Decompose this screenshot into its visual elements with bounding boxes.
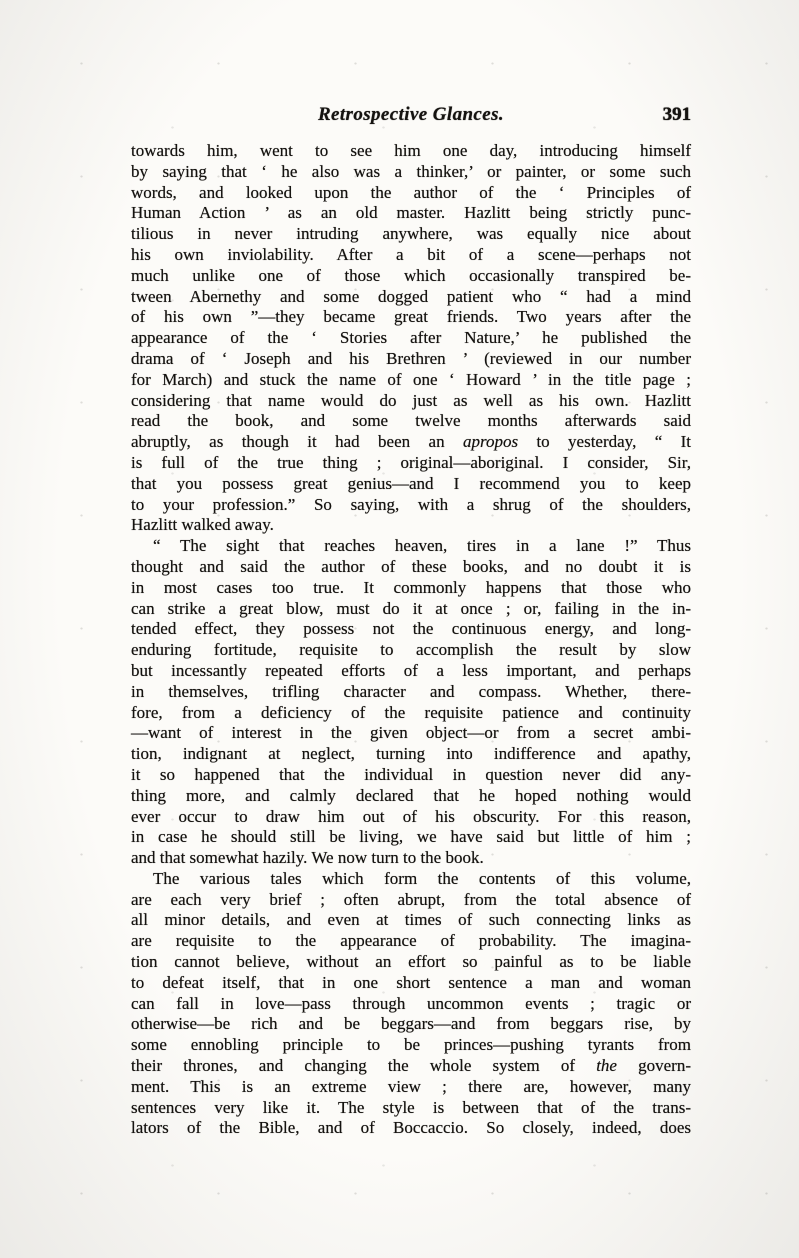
text-line: all minor details, and even at times of … xyxy=(131,910,691,931)
text-line: some ennobling principle to be princes—p… xyxy=(131,1035,691,1056)
text-line: that you possess great genius—and I reco… xyxy=(131,474,691,495)
text-line: to defeat itself, that in one short sent… xyxy=(131,973,691,994)
text-line: considering that name would do just as w… xyxy=(131,391,691,412)
text-line: lators of the Bible, and of Boccaccio. S… xyxy=(131,1118,691,1139)
text-line: thing more, and calmly declared that he … xyxy=(131,786,691,807)
text-line: of his own ”—they became great friends. … xyxy=(131,307,691,328)
text-line: drama of ‘ Joseph and his Brethren ’ (re… xyxy=(131,349,691,370)
paragraph: towards him, went to see him one day, in… xyxy=(131,141,691,536)
text-line: in case he should still be living, we ha… xyxy=(131,827,691,848)
text-line: and that somewhat hazily. We now turn to… xyxy=(131,848,691,869)
paragraph: “ The sight that reaches heaven, tires i… xyxy=(131,536,691,869)
text-line: The various tales which form the content… xyxy=(131,869,691,890)
text-line: enduring fortitude, requisite to accompl… xyxy=(131,640,691,661)
text-line: words, and looked upon the author of the… xyxy=(131,183,691,204)
page-number: 391 xyxy=(663,104,692,126)
text-line: are requisite to the appearance of proba… xyxy=(131,931,691,952)
text-line: for March) and stuck the name of one ‘ H… xyxy=(131,370,691,391)
running-head: Retrospective Glances. 391 xyxy=(131,104,691,130)
text-line: towards him, went to see him one day, in… xyxy=(131,141,691,162)
text-line: thought and said the author of these boo… xyxy=(131,557,691,578)
text-line: his own inviolability. After a bit of a … xyxy=(131,245,691,266)
text-line: sentences very like it. The style is bet… xyxy=(131,1098,691,1119)
text-line: tended effect, they possess not the cont… xyxy=(131,619,691,640)
text-line: Human Action ’ as an old master. Hazlitt… xyxy=(131,203,691,224)
text-line: but incessantly repeated efforts of a le… xyxy=(131,661,691,682)
text-line: tween Abernethy and some dogged patient … xyxy=(131,287,691,308)
paragraph: The various tales which form the content… xyxy=(131,869,691,1139)
text-line: can strike a great blow, must do it at o… xyxy=(131,599,691,620)
text-line: their thrones, and changing the whole sy… xyxy=(131,1056,691,1077)
text-line: appearance of the ‘ Stories after Nature… xyxy=(131,328,691,349)
text-line: Hazlitt walked away. xyxy=(131,515,691,536)
running-head-title: Retrospective Glances. xyxy=(131,104,691,126)
text-line: “ The sight that reaches heaven, tires i… xyxy=(131,536,691,557)
text-line: by saying that ‘ he also was a thinker,’… xyxy=(131,162,691,183)
text-line: much unlike one of those which occasiona… xyxy=(131,266,691,287)
text-line: it so happened that the individual in qu… xyxy=(131,765,691,786)
text-line: is full of the true thing ; original—abo… xyxy=(131,453,691,474)
text-line: tion, indignant at neglect, turning into… xyxy=(131,744,691,765)
text-line: tilious in never intruding anywhere, was… xyxy=(131,224,691,245)
text-line: to your profession.” So saying, with a s… xyxy=(131,495,691,516)
text-line: otherwise—be rich and be beggars—and fro… xyxy=(131,1014,691,1035)
text-line: can fall in love—pass through uncommon e… xyxy=(131,994,691,1015)
text-line: ment. This is an extreme view ; there ar… xyxy=(131,1077,691,1098)
text-line: tion cannot believe, without an effort s… xyxy=(131,952,691,973)
text-line: are each very brief ; often abrupt, from… xyxy=(131,890,691,911)
text-line: in themselves, trifling character and co… xyxy=(131,682,691,703)
text-line: in most cases too true. It commonly happ… xyxy=(131,578,691,599)
text-block: towards him, went to see him one day, in… xyxy=(131,141,691,1139)
text-line: —want of interest in the given object—or… xyxy=(131,723,691,744)
text-line: abruptly, as though it had been an aprop… xyxy=(131,432,691,453)
scanned-book-page: Retrospective Glances. 391 towards him, … xyxy=(0,0,799,1258)
text-line: ever occur to draw him out of his obscur… xyxy=(131,807,691,828)
text-line: fore, from a deficiency of the requisite… xyxy=(131,703,691,724)
text-line: read the book, and some twelve months af… xyxy=(131,411,691,432)
